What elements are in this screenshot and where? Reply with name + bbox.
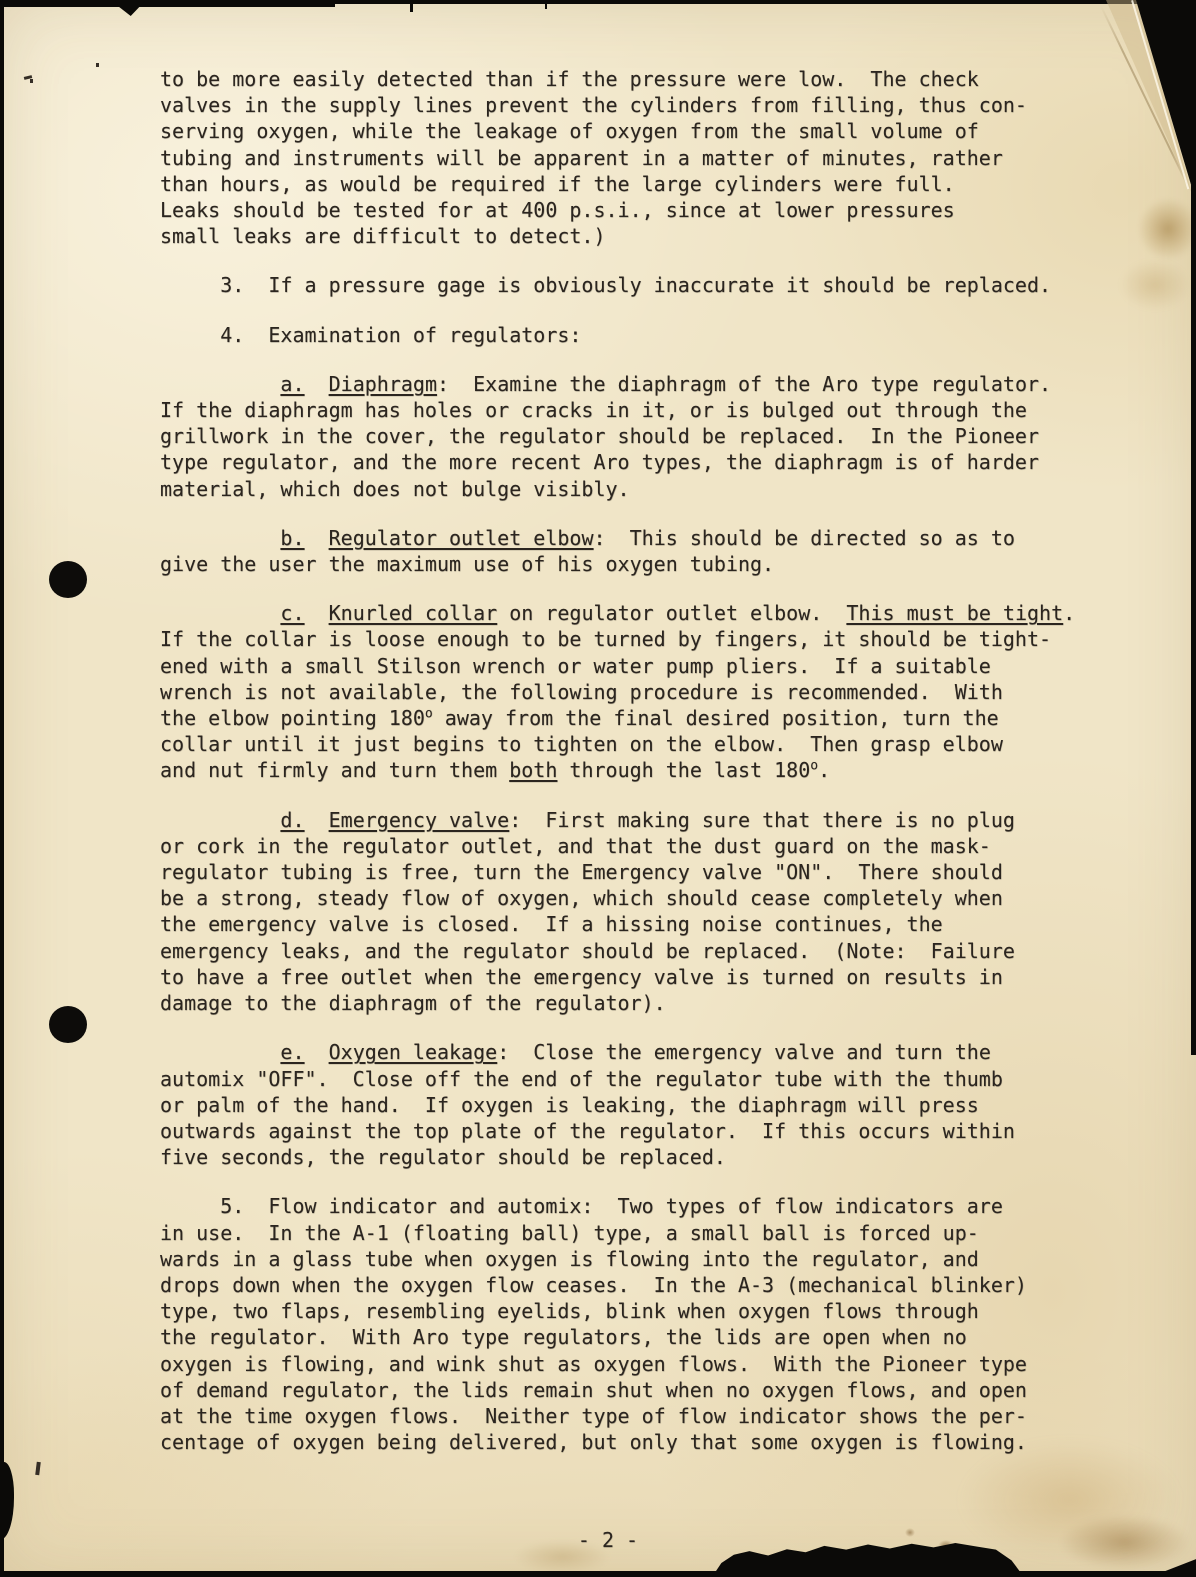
text-segment: drops down when the oxygen flow ceases. … [160,1273,1027,1297]
text-line: automix "OFF". Close off the end of the … [160,1066,1096,1092]
text-segment: in use. In the A-1 (floating ball) type,… [160,1221,979,1245]
text-segment: centage of oxygen being delivered, but o… [160,1430,1027,1454]
text-segment: serving oxygen, while the leakage of oxy… [160,119,979,143]
text-segment: o [810,759,818,774]
text-line: small leaks are difficult to detect.) [160,223,1096,249]
text-line: emergency leaks, and the regulator shoul… [160,938,1096,964]
text-segment: e. [280,1040,304,1064]
text-line: If the collar is loose enough to be turn… [160,626,1096,652]
text-segment: : First making sure that there is no plu… [509,808,1015,832]
text-line: five seconds, the regulator should be re… [160,1144,1096,1170]
text-segment: away from the final desired position, tu… [433,706,999,730]
scan-edge-left [0,0,4,1577]
text-line: b. Regulator outlet elbow: This should b… [160,525,1096,551]
text-line: at the time oxygen flows. Neither type o… [160,1403,1096,1429]
text-line: damage to the diaphragm of the regulator… [160,990,1096,1016]
text-line: in use. In the A-1 (floating ball) type,… [160,1220,1096,1246]
text-segment: wards in a glass tube when oxygen is flo… [160,1247,979,1271]
text-segment [305,372,329,396]
scan-edge-top-thick [0,0,335,7]
text-segment [160,601,280,625]
text-segment: material, which does not bulge visibly. [160,477,630,501]
text-segment: wrench is not available, the following p… [160,680,1003,704]
text-segment: the elbow pointing 180 [160,706,425,730]
item-4b-regulator-outlet-elbow: b. Regulator outlet elbow: This should b… [160,525,1096,577]
text-line: regulator tubing is free, turn the Emerg… [160,859,1096,885]
text-line: a. Diaphragm: Examine the diaphragm of t… [160,371,1096,397]
text-segment [305,1040,329,1064]
text-segment: than hours, as would be required if the … [160,172,955,196]
text-segment: b. [280,526,304,550]
text-line: 4. Examination of regulators: [160,322,1096,348]
text-segment: Oxygen leakage [329,1040,498,1064]
text-line: wrench is not available, the following p… [160,679,1096,705]
text-line: 3. If a pressure gage is obviously inacc… [160,272,1096,298]
text-segment: 3. If a pressure gage is obviously inacc… [160,273,1051,297]
text-segment: damage to the diaphragm of the regulator… [160,991,666,1015]
item-3: 3. If a pressure gage is obviously inacc… [160,272,1096,298]
text-line: tubing and instruments will be apparent … [160,145,1096,171]
text-segment [305,808,329,832]
text-line: e. Oxygen leakage: Close the emergency v… [160,1039,1096,1065]
text-line: be a strong, steady flow of oxygen, whic… [160,885,1096,911]
text-segment: type regulator, and the more recent Aro … [160,450,1039,474]
text-line: the elbow pointing 180o away from the fi… [160,705,1096,731]
text-line: oxygen is flowing, and wink shut as oxyg… [160,1351,1096,1377]
text-line: type, two flaps, resembling eyelids, bli… [160,1298,1096,1324]
text-segment: This must be tight [846,601,1063,625]
typewritten-text-block: to be more easily detected than if the p… [160,66,1096,1455]
text-segment: regulator tubing is free, turn the Emerg… [160,860,1003,884]
text-segment: through the last 180 [557,758,810,782]
text-line: outwards against the top plate of the re… [160,1118,1096,1144]
text-segment: to be more easily detected than if the p… [160,67,979,91]
intro-continuation: to be more easily detected than if the p… [160,66,1096,249]
text-segment [305,601,329,625]
text-segment: Diaphragm [329,372,437,396]
text-segment: on regulator outlet elbow. [497,601,846,625]
text-line: to be more easily detected than if the p… [160,66,1096,92]
text-segment [305,526,329,550]
text-line: wards in a glass tube when oxygen is flo… [160,1246,1096,1272]
text-segment: at the time oxygen flows. Neither type o… [160,1404,1027,1428]
text-line: or cork in the regulator outlet, and tha… [160,833,1096,859]
page-number: - 2 - [20,1528,1196,1552]
text-line: type regulator, and the more recent Aro … [160,449,1096,475]
page-number-label: - 2 - [578,1528,638,1552]
item-4: 4. Examination of regulators: [160,322,1096,348]
text-segment: outwards against the top plate of the re… [160,1119,1015,1143]
text-segment: be a strong, steady flow of oxygen, whic… [160,886,1003,910]
text-segment: : Close the emergency valve and turn the [497,1040,991,1064]
text-segment: or cork in the regulator outlet, and tha… [160,834,991,858]
text-line: ened with a small Stilson wrench or wate… [160,653,1096,679]
text-segment: grillwork in the cover, the regulator sh… [160,424,1039,448]
item-4e-oxygen-leakage: e. Oxygen leakage: Close the emergency v… [160,1039,1096,1170]
text-segment: a. [280,372,304,396]
ink-speck-upper-dot [96,63,99,67]
text-segment: or palm of the hand. If oxygen is leakin… [160,1093,979,1117]
scan-edge-right-sliver [1191,185,1196,1055]
text-segment: ened with a small Stilson wrench or wate… [160,654,991,678]
text-line: drops down when the oxygen flow ceases. … [160,1272,1096,1298]
item-5-flow-indicator: 5. Flow indicator and automix: Two types… [160,1193,1096,1455]
text-segment: the regulator. With Aro type regulators,… [160,1325,967,1349]
text-segment: c. [280,601,304,625]
text-segment: If the diaphragm has holes or cracks in … [160,398,1027,422]
scan-edge-top-tick-2 [545,0,547,9]
text-line: collar until it just begins to tighten o… [160,731,1096,757]
text-line: give the user the maximum use of his oxy… [160,551,1096,577]
text-segment: emergency leaks, and the regulator shoul… [160,939,1015,963]
text-line: grillwork in the cover, the regulator sh… [160,423,1096,449]
text-segment: . [818,758,830,782]
text-line: and nut firmly and turn them both throug… [160,757,1096,783]
text-line: the emergency valve is closed. If a hiss… [160,911,1096,937]
text-segment: Emergency valve [329,808,510,832]
text-line: centage of oxygen being delivered, but o… [160,1429,1096,1455]
item-4d-emergency-valve: d. Emergency valve: First making sure th… [160,807,1096,1017]
text-segment: of demand regulator, the lids remain shu… [160,1378,1027,1402]
text-segment: automix "OFF". Close off the end of the … [160,1067,1003,1091]
hole-punch-top [49,561,87,598]
text-segment: both [509,758,557,782]
text-segment: Regulator outlet elbow [329,526,594,550]
text-segment: Leaks should be tested for at 400 p.s.i.… [160,198,955,222]
text-line: c. Knurled collar on regulator outlet el… [160,600,1096,626]
text-segment: 5. Flow indicator and automix: Two types… [160,1194,1003,1218]
text-line: If the diaphragm has holes or cracks in … [160,397,1096,423]
text-line: 5. Flow indicator and automix: Two types… [160,1193,1096,1219]
text-segment: valves in the supply lines prevent the c… [160,93,1027,117]
text-segment: d. [280,808,304,832]
text-segment: 4. Examination of regulators: [160,323,581,347]
text-line: serving oxygen, while the leakage of oxy… [160,118,1096,144]
item-4c-knurled-collar: c. Knurled collar on regulator outlet el… [160,600,1096,783]
hole-punch-bottom [49,1006,87,1043]
text-line: valves in the supply lines prevent the c… [160,92,1096,118]
item-4a-diaphragm: a. Diaphragm: Examine the diaphragm of t… [160,371,1096,502]
text-segment [160,808,280,832]
text-segment: give the user the maximum use of his oxy… [160,552,774,576]
text-segment: oxygen is flowing, and wink shut as oxyg… [160,1352,1027,1376]
text-segment: If the collar is loose enough to be turn… [160,627,1051,651]
scan-edge-top-tick [410,0,413,12]
text-segment: collar until it just begins to tighten o… [160,732,1003,756]
text-segment: to have a free outlet when the emergency… [160,965,1003,989]
text-segment: . [1063,601,1075,625]
text-segment: five seconds, the regulator should be re… [160,1145,726,1169]
text-segment: type, two flaps, resembling eyelids, bli… [160,1299,979,1323]
text-segment [160,526,280,550]
text-segment: Knurled collar [329,601,498,625]
text-line: Leaks should be tested for at 400 p.s.i.… [160,197,1096,223]
text-line: the regulator. With Aro type regulators,… [160,1324,1096,1350]
text-segment: small leaks are difficult to detect.) [160,224,606,248]
text-segment: tubing and instruments will be apparent … [160,146,1003,170]
text-segment [160,372,280,396]
text-line: to have a free outlet when the emergency… [160,964,1096,990]
text-line: of demand regulator, the lids remain shu… [160,1377,1096,1403]
text-segment: : Examine the diaphragm of the Aro type … [437,372,1051,396]
text-segment: : This should be directed so as to [594,526,1015,550]
text-line: than hours, as would be required if the … [160,171,1096,197]
text-line: material, which does not bulge visibly. [160,476,1096,502]
text-segment [160,1040,280,1064]
text-line: or palm of the hand. If oxygen is leakin… [160,1092,1096,1118]
ink-speck-top-left-dot [30,79,33,83]
text-segment: o [425,706,433,721]
text-segment: the emergency valve is closed. If a hiss… [160,912,943,936]
text-segment: and nut firmly and turn them [160,758,509,782]
text-line: d. Emergency valve: First making sure th… [160,807,1096,833]
scanned-document-page: to be more easily detected than if the p… [0,0,1196,1577]
